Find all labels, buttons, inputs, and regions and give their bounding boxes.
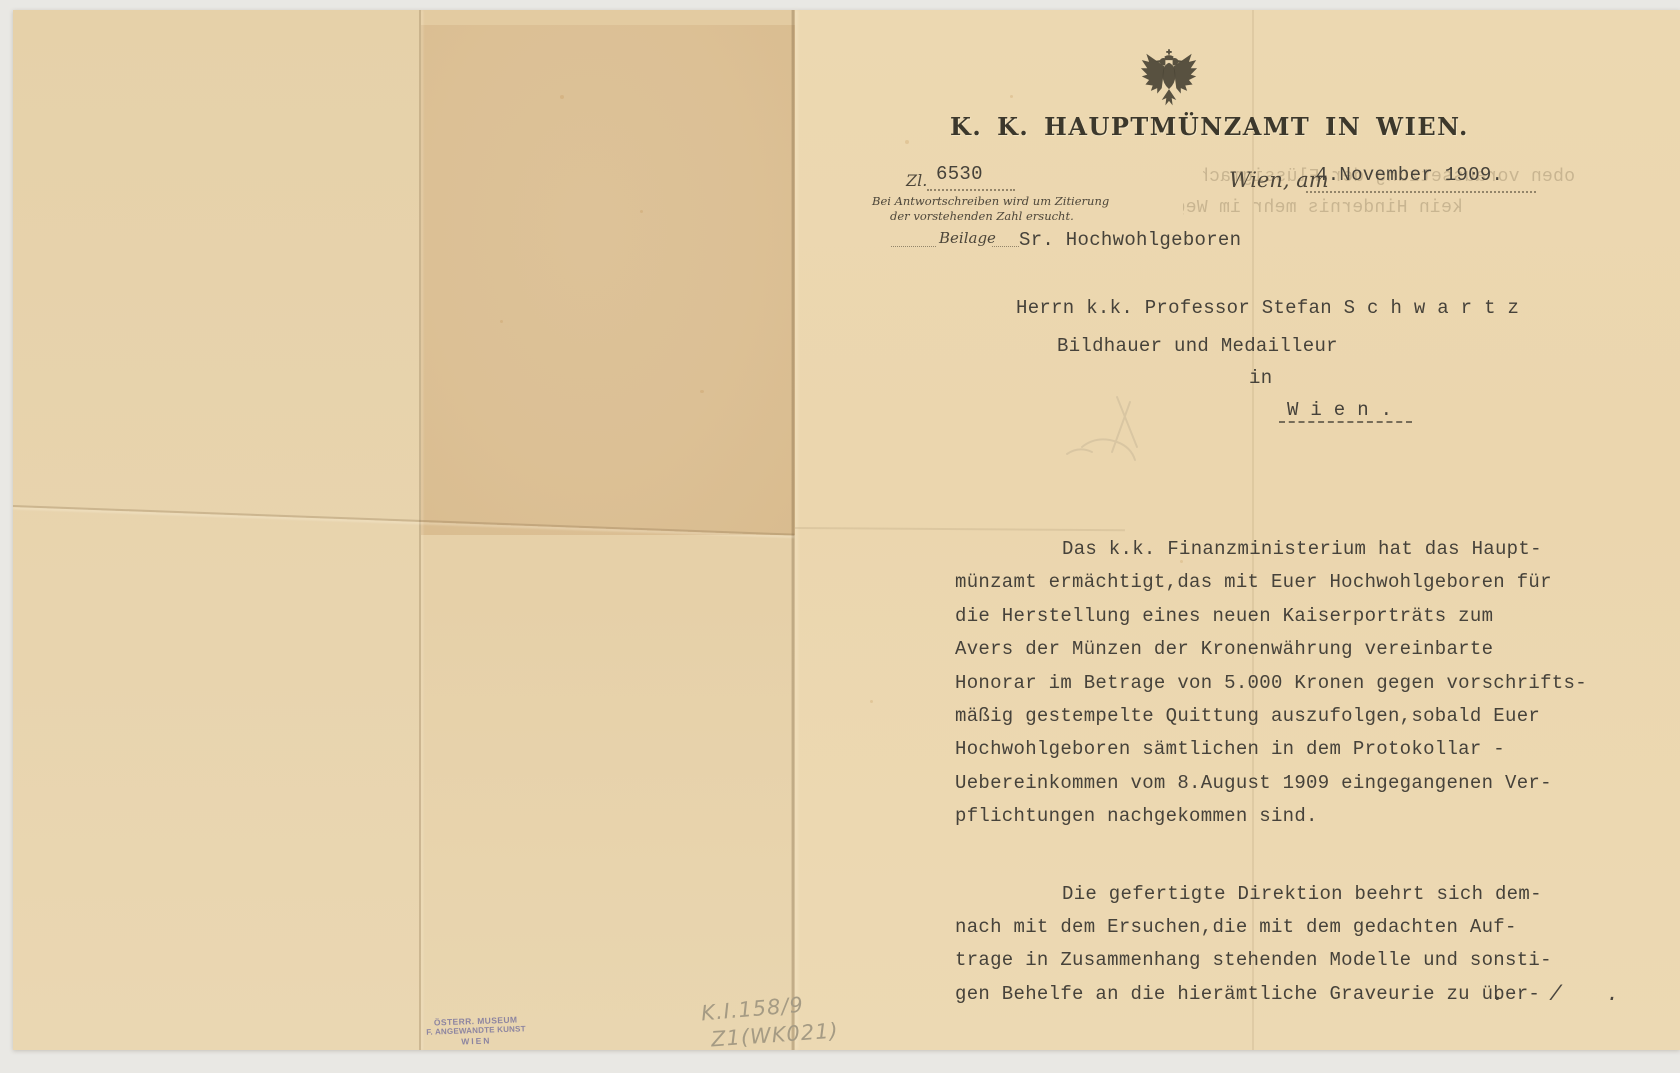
foxing-speck xyxy=(1010,95,1013,98)
recipient-preposition: in xyxy=(1249,367,1272,389)
recipient-name: Herrn k.k. Professor Stefan S c h w a r … xyxy=(1016,297,1519,319)
recipient-salutation: Sr. Hochwohlgeboren xyxy=(1019,229,1241,251)
letter-body: Das k.k. Finanzministerium hat das Haupt… xyxy=(955,489,1587,1055)
double-headed-eagle-icon xyxy=(1140,48,1198,112)
foxing-speck xyxy=(640,210,643,213)
center-fold xyxy=(791,10,795,1050)
paper-left-panel xyxy=(13,10,421,1050)
foxing-speck xyxy=(870,700,873,703)
scanned-letter-hauptmuenzamt: oben voraussetzung der Flüssigmachung de… xyxy=(0,0,1680,1073)
recipient-city: W i e n . xyxy=(1287,399,1392,421)
paper-discolored-area xyxy=(421,25,795,535)
body-paragraph-1: Das k.k. Finanzministerium hat das Haupt… xyxy=(955,533,1587,834)
museum-stamp: ÖSTERR. MUSEUM F. ANGEWANDTE KUNST WIEN xyxy=(426,1014,527,1047)
beilage-dotted-rule-right xyxy=(992,232,1019,247)
citation-note-line2: der vorstehenden Zahl ersucht. xyxy=(890,209,1074,223)
bleedthrough-text-line2: kein Hindernis mehr im Wege steht. xyxy=(1183,198,1463,218)
letterhead-title: K. K. HAUPTMÜNZAMT IN WIEN. xyxy=(950,112,1400,141)
beilage-label: Beilage xyxy=(939,229,996,247)
page-continuation-mark: . / . xyxy=(1492,984,1635,1007)
vertical-fold-left xyxy=(419,10,421,1050)
citation-note-line1: Bei Antwortschreiben wird um Zitierung xyxy=(872,194,1109,208)
foxing-speck xyxy=(905,140,909,144)
zl-dotted-rule xyxy=(927,172,1015,191)
foxing-speck xyxy=(500,320,503,323)
faint-pencil-squiggle xyxy=(1062,392,1182,482)
recipient-title: Bildhauer und Medailleur xyxy=(1057,335,1338,357)
beilage-dotted-rule-left xyxy=(891,232,936,247)
foxing-speck xyxy=(560,95,564,99)
foxing-speck xyxy=(700,390,704,393)
dateline-date: 4.November 1909. xyxy=(1316,164,1503,186)
zl-label: Zl. xyxy=(906,171,927,190)
